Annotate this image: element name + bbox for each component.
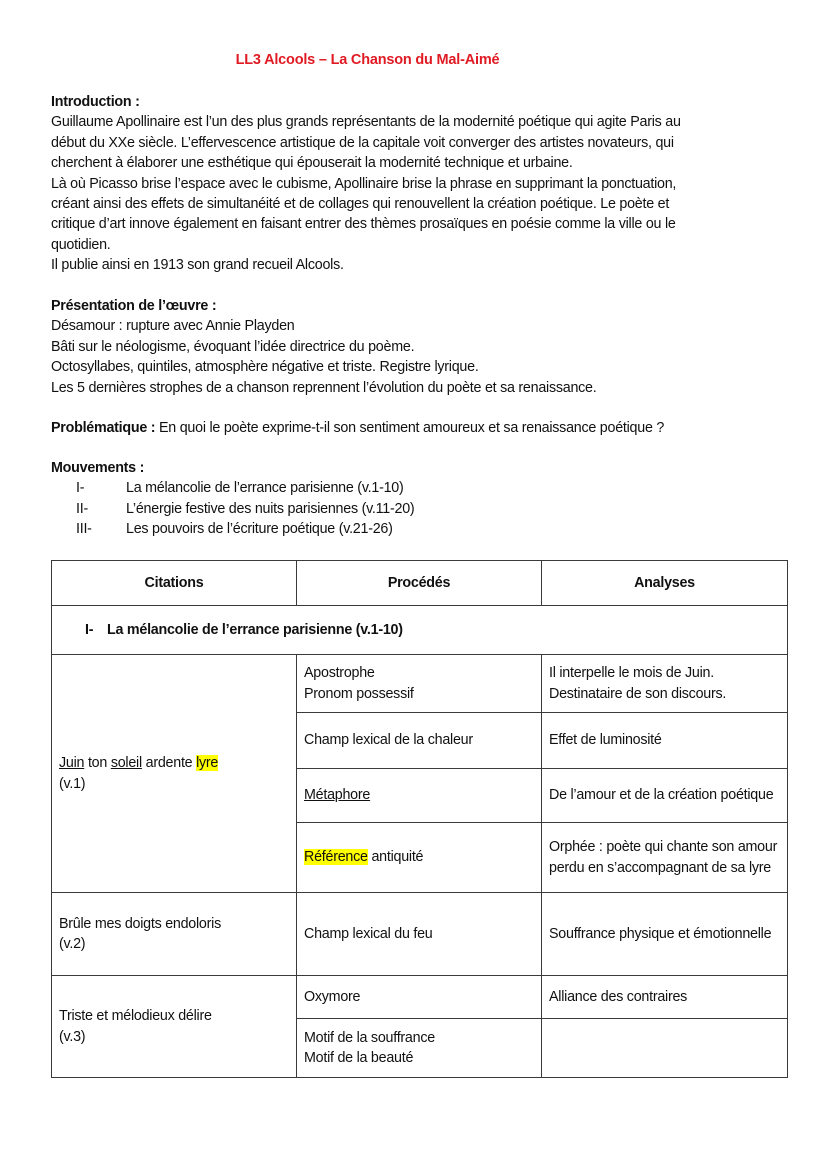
mouvement-item: II- L’énergie festive des nuits parisien… xyxy=(51,499,791,519)
section-number: I- xyxy=(59,620,107,640)
intro-line: Il publie ainsi en 1913 son grand recuei… xyxy=(51,255,791,275)
mouvements-heading: Mouvements : xyxy=(51,458,791,478)
analyse-cell: Orphée : poète qui chante son amour perd… xyxy=(542,823,788,893)
citation-word: soleil xyxy=(111,755,142,771)
intro-line: créant ainsi des effets de simultanéité … xyxy=(51,194,791,214)
header-procedes: Procédés xyxy=(297,561,542,606)
presentation-section: Présentation de l’œuvre : Désamour : rup… xyxy=(51,296,791,398)
analyse-line: Il interpelle le mois de Juin. xyxy=(549,663,780,683)
document-title: LL3 Alcools – La Chanson du Mal-Aimé xyxy=(0,52,735,68)
presentation-line: Désamour : rupture avec Annie Playden xyxy=(51,316,791,336)
mouvement-text: L’énergie festive des nuits parisiennes … xyxy=(126,499,414,519)
citation-cell: Juin ton soleil ardente lyre (v.1) xyxy=(52,655,297,893)
citation-text: Triste et mélodieux délire xyxy=(59,1006,289,1026)
procede-line: Motif de la beauté xyxy=(304,1048,534,1068)
procede-line: Motif de la souffrance xyxy=(304,1028,534,1048)
intro-line: Là où Picasso brise l’espace avec le cub… xyxy=(51,174,791,194)
introduction-section: Introduction : Guillaume Apollinaire est… xyxy=(51,92,791,276)
procede-text: antiquité xyxy=(368,849,424,865)
citation-text: Brûle mes doigts endoloris xyxy=(59,914,289,934)
table-row: Brûle mes doigts endoloris (v.2) Champ l… xyxy=(52,893,788,976)
mouvement-text: La mélancolie de l’errance parisienne (v… xyxy=(126,478,404,498)
intro-line: Guillaume Apollinaire est l’un des plus … xyxy=(51,112,791,132)
analysis-table: Citations Procédés Analyses I-La mélanco… xyxy=(51,560,788,1078)
mouvement-item: III- Les pouvoirs de l’écriture poétique… xyxy=(51,519,791,539)
problematique-text: En quoi le poète exprime-t-il son sentim… xyxy=(155,420,664,436)
presentation-line: Bâti sur le néologisme, évoquant l’idée … xyxy=(51,337,791,357)
procede-highlight: Référence xyxy=(304,849,368,865)
analyse-cell xyxy=(542,1019,788,1078)
section-row: I-La mélancolie de l’errance parisienne … xyxy=(52,606,788,655)
analyse-cell: Effet de luminosité xyxy=(542,713,788,769)
analyse-line: Destinataire de son discours. xyxy=(549,684,780,704)
introduction-heading: Introduction : xyxy=(51,92,791,112)
procede-cell: Apostrophe Pronom possessif xyxy=(297,655,542,713)
procede-line: Pronom possessif xyxy=(304,684,534,704)
intro-line: critique d’art innove également en faisa… xyxy=(51,214,791,234)
table-row: Triste et mélodieux délire (v.3) Oxymore… xyxy=(52,976,788,1019)
analyse-cell: Il interpelle le mois de Juin. Destinata… xyxy=(542,655,788,713)
mouvement-text: Les pouvoirs de l’écriture poétique (v.2… xyxy=(126,519,393,539)
table-row: Juin ton soleil ardente lyre (v.1) Apost… xyxy=(52,655,788,713)
analyse-cell: Alliance des contraires xyxy=(542,976,788,1019)
mouvement-item: I- La mélancolie de l’errance parisienne… xyxy=(51,478,791,498)
mouvements-section: Mouvements : I- La mélancolie de l’erran… xyxy=(51,458,791,540)
citation-word: Juin xyxy=(59,755,84,771)
header-analyses: Analyses xyxy=(542,561,788,606)
analyse-cell: De l’amour et de la création poétique xyxy=(542,769,788,823)
presentation-line: Les 5 dernières strophes de a chanson re… xyxy=(51,378,791,398)
procede-cell: Champ lexical de la chaleur xyxy=(297,713,542,769)
procede-cell: Motif de la souffrance Motif de la beaut… xyxy=(297,1019,542,1078)
intro-line: quotidien. xyxy=(51,235,791,255)
procede-cell: Référence antiquité xyxy=(297,823,542,893)
mouvement-number: III- xyxy=(51,519,126,539)
mouvement-number: I- xyxy=(51,478,126,498)
citation-word: ton xyxy=(84,755,111,771)
procede-cell: Métaphore xyxy=(297,769,542,823)
problematique-label: Problématique : xyxy=(51,420,155,436)
verse-reference: (v.3) xyxy=(59,1027,289,1047)
section-title: I-La mélancolie de l’errance parisienne … xyxy=(52,606,788,655)
citation-cell: Brûle mes doigts endoloris (v.2) xyxy=(52,893,297,976)
verse-reference: (v.1) xyxy=(59,774,289,794)
citation-cell: Triste et mélodieux délire (v.3) xyxy=(52,976,297,1078)
header-citations: Citations xyxy=(52,561,297,606)
table-header-row: Citations Procédés Analyses xyxy=(52,561,788,606)
intro-line: début du XXe siècle. L’effervescence art… xyxy=(51,133,791,153)
presentation-line: Octosyllabes, quintiles, atmosphère néga… xyxy=(51,357,791,377)
procede-line: Apostrophe xyxy=(304,663,534,683)
analyse-cell: Souffrance physique et émotionnelle xyxy=(542,893,788,976)
verse-reference: (v.2) xyxy=(59,934,289,954)
mouvement-number: II- xyxy=(51,499,126,519)
intro-line: cherchent à élaborer une esthétique qui … xyxy=(51,153,791,173)
procede-cell: Champ lexical du feu xyxy=(297,893,542,976)
section-text: La mélancolie de l’errance parisienne (v… xyxy=(107,622,403,638)
citation-word: ardente xyxy=(142,755,196,771)
procede-text: Métaphore xyxy=(304,787,370,803)
presentation-heading: Présentation de l’œuvre : xyxy=(51,296,791,316)
problematique-section: Problématique : En quoi le poète exprime… xyxy=(51,418,791,438)
citation-highlight: lyre xyxy=(196,755,218,771)
procede-cell: Oxymore xyxy=(297,976,542,1019)
